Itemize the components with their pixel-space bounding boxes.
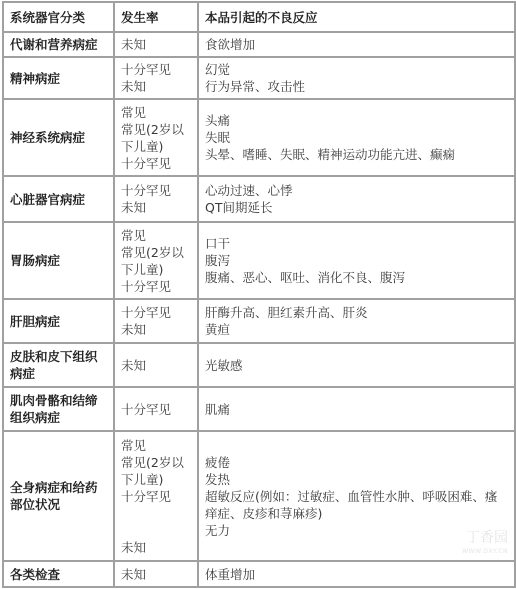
frequency-value: 常见 bbox=[121, 104, 191, 121]
frequency-value: 未知 bbox=[121, 539, 191, 556]
reaction-value: 食欲增加 bbox=[205, 36, 508, 53]
frequency-value: 常见(2岁以下儿童) bbox=[121, 121, 191, 155]
frequency-value: 十分罕见 bbox=[121, 61, 191, 78]
table-row: 肌肉骨骼和结缔组织病症 十分罕见 肌痛 bbox=[3, 387, 515, 431]
frequency-cell: 常见 常见(2岁以下儿童) 十分罕见 bbox=[114, 222, 198, 299]
reaction-cell: 光敏感 bbox=[198, 343, 515, 387]
frequency-value: 十分罕见 bbox=[121, 304, 191, 321]
reaction-value: 光敏感 bbox=[205, 357, 508, 374]
frequency-value: 十分罕见 bbox=[121, 488, 191, 505]
watermark-logo-text: 丁香园 bbox=[462, 531, 508, 545]
watermark-url: WWW.DXY.CN bbox=[462, 545, 508, 559]
organ-class-cell: 神经系统病症 bbox=[3, 99, 114, 176]
organ-class-cell: 肝胆病症 bbox=[3, 299, 114, 343]
reaction-cell: 肌痛 bbox=[198, 387, 515, 431]
adverse-reactions-table: 系统器官分类 发生率 本品引起的不良反应 代谢和营养病症 未知 食欲增加 精神病… bbox=[2, 1, 516, 588]
organ-class-cell: 皮肤和皮下组织病症 bbox=[3, 343, 114, 387]
table-row: 代谢和营养病症 未知 食欲增加 bbox=[3, 32, 515, 57]
frequency-value: 常见 bbox=[121, 437, 191, 454]
frequency-cell: 常见 常见(2岁以下儿童) 十分罕见 bbox=[114, 99, 198, 176]
reaction-value: 超敏反应(例如：过敏症、血管性水肿、呼吸困难、瘙痒症、皮疹和荨麻疹) bbox=[205, 488, 508, 522]
reaction-value: 疲倦 bbox=[205, 454, 508, 471]
reaction-cell: 幻觉 行为异常、攻击性 bbox=[198, 57, 515, 99]
reaction-cell: 肝酶升高、胆红素升高、肝炎 黄疸 bbox=[198, 299, 515, 343]
spacer bbox=[121, 505, 191, 539]
frequency-cell: 十分罕见 未知 bbox=[114, 57, 198, 99]
reaction-value: 行为异常、攻击性 bbox=[205, 78, 508, 95]
table-row: 精神病症 十分罕见 未知 幻觉 行为异常、攻击性 bbox=[3, 57, 515, 99]
table-row: 各类检查 未知 体重增加 bbox=[3, 561, 515, 587]
reaction-value: 失眠 bbox=[205, 129, 508, 146]
frequency-value: 未知 bbox=[121, 357, 191, 374]
reaction-value: 黄疸 bbox=[205, 321, 508, 338]
reaction-value: QT间期延长 bbox=[205, 199, 508, 216]
table-row: 神经系统病症 常见 常见(2岁以下儿童) 十分罕见 头痛 失眠 头晕、嗜睡、失眠… bbox=[3, 99, 515, 176]
table-header-row: 系统器官分类 发生率 本品引起的不良反应 bbox=[3, 2, 515, 32]
organ-class-cell: 代谢和营养病症 bbox=[3, 32, 114, 57]
reaction-value: 头晕、嗜睡、失眠、精神运动功能亢进、癫痫 bbox=[205, 146, 508, 163]
reaction-cell: 口干 腹泻 腹痛、恶心、呕吐、消化不良、腹泻 bbox=[198, 222, 515, 299]
frequency-value: 未知 bbox=[121, 566, 191, 583]
organ-class-cell: 各类检查 bbox=[3, 561, 114, 587]
organ-class-cell: 心脏器官病症 bbox=[3, 176, 114, 222]
reaction-value: 体重增加 bbox=[205, 566, 508, 583]
frequency-value: 未知 bbox=[121, 321, 191, 338]
header-adverse-reaction: 本品引起的不良反应 bbox=[198, 2, 515, 32]
reaction-value: 头痛 bbox=[205, 112, 508, 129]
frequency-cell: 未知 bbox=[114, 561, 198, 587]
frequency-cell: 十分罕见 未知 bbox=[114, 176, 198, 222]
frequency-cell: 十分罕见 bbox=[114, 387, 198, 431]
frequency-value: 十分罕见 bbox=[121, 278, 191, 295]
frequency-value: 未知 bbox=[121, 78, 191, 95]
frequency-value: 常见(2岁以下儿童) bbox=[121, 454, 191, 488]
reaction-value: 肌痛 bbox=[205, 401, 508, 418]
frequency-value: 常见 bbox=[121, 227, 191, 244]
frequency-cell: 未知 bbox=[114, 32, 198, 57]
frequency-value: 十分罕见 bbox=[121, 155, 191, 172]
table-row: 心脏器官病症 十分罕见 未知 心动过速、心悸 QT间期延长 bbox=[3, 176, 515, 222]
reaction-value: 腹痛、恶心、呕吐、消化不良、腹泻 bbox=[205, 269, 508, 286]
frequency-value: 十分罕见 bbox=[121, 401, 191, 418]
reaction-value: 腹泻 bbox=[205, 252, 508, 269]
reaction-value: 心动过速、心悸 bbox=[205, 182, 508, 199]
frequency-value: 未知 bbox=[121, 199, 191, 216]
reaction-value: 口干 bbox=[205, 235, 508, 252]
frequency-cell: 未知 bbox=[114, 343, 198, 387]
reaction-value: 发热 bbox=[205, 471, 508, 488]
organ-class-cell: 胃肠病症 bbox=[3, 222, 114, 299]
reaction-value: 幻觉 bbox=[205, 61, 508, 78]
reaction-cell: 体重增加 bbox=[198, 561, 515, 587]
table-row: 全身病症和给药部位状况 常见 常见(2岁以下儿童) 十分罕见 未知 疲倦 发热 … bbox=[3, 431, 515, 561]
frequency-value: 未知 bbox=[121, 36, 191, 53]
reaction-cell: 心动过速、心悸 QT间期延长 bbox=[198, 176, 515, 222]
frequency-value: 十分罕见 bbox=[121, 182, 191, 199]
table-row: 皮肤和皮下组织病症 未知 光敏感 bbox=[3, 343, 515, 387]
organ-class-cell: 精神病症 bbox=[3, 57, 114, 99]
organ-class-cell: 全身病症和给药部位状况 bbox=[3, 431, 114, 561]
table-row: 胃肠病症 常见 常见(2岁以下儿童) 十分罕见 口干 腹泻 腹痛、恶心、呕吐、消… bbox=[3, 222, 515, 299]
reaction-value: 肝酶升高、胆红素升高、肝炎 bbox=[205, 304, 508, 321]
reaction-cell: 头痛 失眠 头晕、嗜睡、失眠、精神运动功能亢进、癫痫 bbox=[198, 99, 515, 176]
header-frequency: 发生率 bbox=[114, 2, 198, 32]
organ-class-cell: 肌肉骨骼和结缔组织病症 bbox=[3, 387, 114, 431]
table-row: 肝胆病症 十分罕见 未知 肝酶升高、胆红素升高、肝炎 黄疸 bbox=[3, 299, 515, 343]
header-organ-class: 系统器官分类 bbox=[3, 2, 114, 32]
frequency-value: 常见(2岁以下儿童) bbox=[121, 244, 191, 278]
reaction-cell: 食欲增加 bbox=[198, 32, 515, 57]
watermark: 丁香园 WWW.DXY.CN bbox=[462, 531, 508, 559]
frequency-cell: 十分罕见 未知 bbox=[114, 299, 198, 343]
frequency-cell: 常见 常见(2岁以下儿童) 十分罕见 未知 bbox=[114, 431, 198, 561]
